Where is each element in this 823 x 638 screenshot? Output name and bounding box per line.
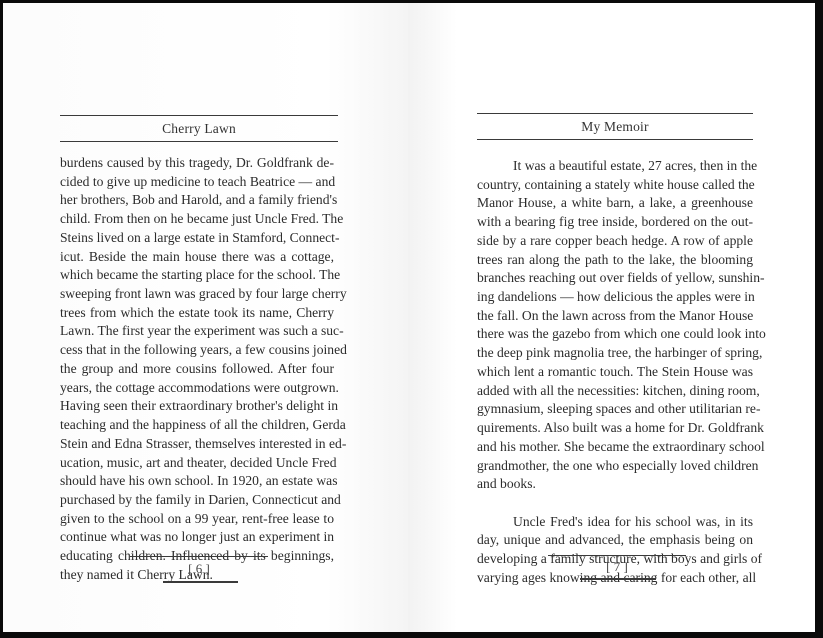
footer-rule-top [548,555,686,556]
text-line: quirements. Also built was a home for Dr… [477,419,753,438]
text-line: and books. [477,475,753,494]
text-line: trees from which the estate took its nam… [60,304,334,323]
text-line: side by a rare copper beach hedge. A row… [477,232,753,251]
text-line: there was the gazebo from which one coul… [477,325,753,344]
text-line: Steins lived on a large estate in Stamfo… [60,229,334,248]
text-line: branches reaching out over fields of yel… [477,269,753,288]
text-line: cess that in the following years, a few … [60,341,334,360]
text-line: Manor House, a white barn, a lake, a gre… [477,194,753,213]
text-line: which became the starting place for the … [60,266,334,285]
text-line: with a bearing fig tree inside, bordered… [477,213,753,232]
text-line: trees ran along the path to the lake, th… [477,251,753,270]
page-number: [ 6 ] [130,561,268,577]
footer-rule-top [130,556,268,557]
text-line: day, unique and advanced, the emphasis b… [477,531,753,550]
text-line: icut. Beside the main house there was a … [60,248,334,267]
right-page: My Memoir It was a beautiful estate, 27 … [408,3,815,632]
text-line: grandmother, the one who especially love… [477,457,753,476]
text-line: ucation, music, art and theater, decided… [60,454,334,473]
text-line: Uncle Fred's idea for his school was, in… [477,513,753,532]
text-line: country, containing a stately white hous… [477,176,753,195]
text-line: Lawn. The first year the experiment was … [60,322,334,341]
text-line: years, the cottage accommodations were o… [60,379,334,398]
paragraph-gap [477,494,753,513]
text-line: the fall. On the lawn across from the Ma… [477,307,753,326]
text-line: her brothers, Bob and Harold, and a fami… [60,191,334,210]
page-number: [ 7 ] [548,559,686,575]
footer-rule-bottom [580,578,656,580]
text-line: teaching and the happiness of all the ch… [60,416,334,435]
text-line: burdens caused by this tragedy, Dr. Gold… [60,154,334,173]
header-rule-top [60,115,338,116]
text-line: which lent a romantic touch. The Stein H… [477,363,753,382]
text-line: should have his own school. In 1920, an … [60,472,334,491]
running-head: Cherry Lawn [60,121,338,137]
text-line: and his mother. She became the extraordi… [477,438,753,457]
text-line: sweeping front lawn was graced by four l… [60,285,334,304]
header-rule-top [477,113,753,114]
text-line: purchased by the family in Darien, Conne… [60,491,334,510]
text-line: cided to give up medicine to teach Beatr… [60,173,334,192]
book-spread: Cherry Lawn burdens caused by this trage… [3,3,815,632]
text-line: continue what was no longer just an expe… [60,528,334,547]
header-rule-bottom [477,139,753,140]
text-line: ing dandelions — how delicious the apple… [477,288,753,307]
left-page: Cherry Lawn burdens caused by this trage… [3,3,408,632]
text-line: added with all the necessities: kitchen,… [477,382,753,401]
text-line: child. From then on he became just Uncle… [60,210,334,229]
text-line: Having seen their extraordinary brother'… [60,397,334,416]
footer-rule-bottom [163,581,238,583]
text-line: gymnasium, sleeping spaces and other uti… [477,400,753,419]
text-line: given to the school on a 99 year, rent-f… [60,510,334,529]
text-line: Stein and Edna Strasser, themselves inte… [60,435,334,454]
header-rule-bottom [60,141,338,142]
text-line: the deep pink magnolia tree, the harbing… [477,344,753,363]
text-line: It was a beautiful estate, 27 acres, the… [477,157,753,176]
body-text: It was a beautiful estate, 27 acres, the… [477,157,753,588]
running-head: My Memoir [477,119,753,135]
text-line: the group and more cousins followed. Aft… [60,360,334,379]
body-text: burdens caused by this tragedy, Dr. Gold… [60,154,334,585]
